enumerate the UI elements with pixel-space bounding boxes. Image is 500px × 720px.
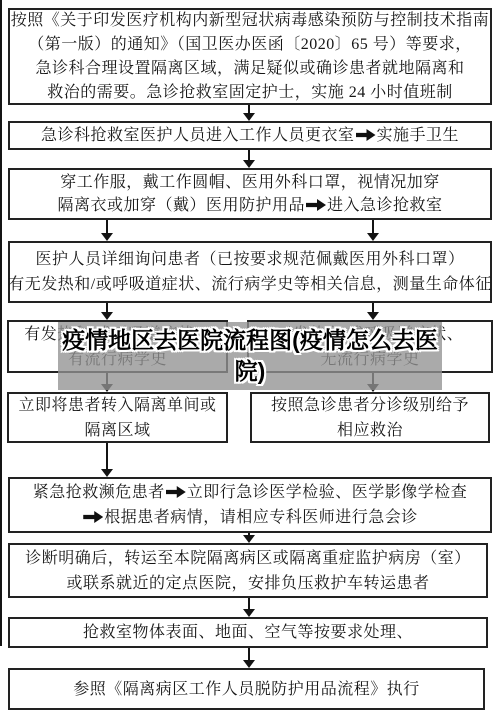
box-text-line: 按照急诊患者分诊级别给予 <box>271 393 469 418</box>
box-text-line: 或联系就近的定点医院，安排负压救护车转运患者 <box>66 571 429 596</box>
left-border-bar <box>0 0 2 646</box>
box-text-line: 急诊科抢救室医护人员进入工作人员更衣室实施手卫生 <box>41 124 459 147</box>
flow-box-enter-changing-room: 急诊科抢救室医护人员进入工作人员更衣室实施手卫生 <box>8 121 492 150</box>
down-arrow <box>367 220 379 241</box>
flow-box-doffing-procedure: 参照《隔离病区工作人员脱防护用品流程》执行 <box>8 668 485 710</box>
arrow-head <box>243 609 255 617</box>
flow-box-transfer-patient: 诊断明确后，转运至本院隔离病区或隔离重症监护病房（室） 或联系就近的定点医院，安… <box>8 543 488 598</box>
box-text-line: 按照《关于印发医疗机构内新型冠状病毒感染预防与控制技术指南 <box>11 9 490 33</box>
down-arrow <box>101 303 113 320</box>
flowchart-page: 按照《关于印发医疗机构内新型冠状病毒感染预防与控制技术指南 （第一版）的通知》（… <box>0 0 500 720</box>
right-arrow-icon <box>356 129 376 141</box>
box-text-line: 急诊科合理设置隔离区域，满足疑似或确诊患者就地隔离和 <box>35 57 464 81</box>
arrow-head <box>243 160 255 168</box>
arrow-head <box>101 233 113 241</box>
down-arrow <box>243 648 255 668</box>
box-text-line: 根据患者病情，请相应专科医师进行急会诊 <box>82 505 418 530</box>
box-text-line: 抢救室物体表面、地面、空气等按要求处理、 <box>83 621 413 644</box>
box-text-line: 有无发热和/或呼吸道症状、流行病学史等相关信息，测量生命体征 <box>8 272 491 297</box>
down-arrow <box>243 150 255 168</box>
flow-box-wear-ppe: 穿工作服，戴工作圆帽、医用外科口罩，视情况加穿 隔离衣或加穿（戴）医用防护用品进… <box>8 168 492 220</box>
flow-box-policy-intro: 按照《关于印发医疗机构内新型冠状病毒感染预防与控制技术指南 （第一版）的通知》（… <box>8 8 492 105</box>
box-text-line: 隔离区域 <box>84 418 150 443</box>
arrow-head <box>243 113 255 121</box>
down-arrow <box>243 598 255 617</box>
right-arrow-icon <box>83 511 103 523</box>
box-text-line: 救治的需要。急诊抢救室固定护士，实施 24 小时值班制 <box>47 81 453 105</box>
flow-box-isolate-patient: 立即将患者转入隔离单间或 隔离区域 <box>7 392 228 443</box>
flow-box-emergency-rescue: 紧急抢救濒危患者立即行急诊医学检验、医学影像学检查 根据患者病情，请相应专科医师… <box>8 477 492 533</box>
down-arrow <box>243 105 255 121</box>
box-text-line: 立即将患者转入隔离单间或 <box>18 393 216 418</box>
box-text-line: 医护人员详细询问患者（已按要求规范佩戴医用外科口罩） <box>35 247 464 272</box>
flow-box-triage-treatment: 按照急诊患者分诊级别给予 相应救治 <box>250 392 490 443</box>
arrow-shaft <box>106 443 108 472</box>
page-title: 疫情地区去医院流程图(疫情怎么去医院) <box>58 322 442 387</box>
down-arrow <box>101 220 113 241</box>
box-text-line: 隔离衣或加穿（戴）医用防护用品进入急诊抢救室 <box>57 194 442 217</box>
flow-box-disinfection: 抢救室物体表面、地面、空气等按要求处理、 <box>8 617 488 648</box>
right-arrow-icon <box>306 199 326 211</box>
flow-box-patient-inquiry: 医护人员详细询问患者（已按要求规范佩戴医用外科口罩） 有无发热和/或呼吸道症状、… <box>8 241 492 303</box>
arrow-head <box>243 660 255 668</box>
arrow-head <box>367 312 379 320</box>
box-text-line: 穿工作服，戴工作圆帽、医用外科口罩，视情况加穿 <box>60 171 440 194</box>
box-text-line: 相应救治 <box>337 418 403 443</box>
box-text-line: 诊断明确后，转运至本院隔离病区或隔离重症监护病房（室） <box>25 546 471 571</box>
down-arrow <box>367 303 379 320</box>
arrow-head <box>101 312 113 320</box>
box-text-line: 紧急抢救濒危患者立即行急诊医学检验、医学影像学检查 <box>33 480 468 505</box>
arrow-head <box>367 233 379 241</box>
box-text-line: （第一版）的通知》（国卫医办医函〔2020〕65 号）等要求， <box>28 33 472 57</box>
right-arrow-icon <box>166 486 186 498</box>
title-overlay: 疫情地区去医院流程图(疫情怎么去医院) <box>58 322 442 390</box>
down-arrow <box>243 533 255 543</box>
down-arrow <box>101 443 113 477</box>
arrow-head <box>243 535 255 543</box>
arrow-head <box>101 469 113 477</box>
box-text-line: 参照《隔离病区工作人员脱防护用品流程》执行 <box>73 678 420 701</box>
